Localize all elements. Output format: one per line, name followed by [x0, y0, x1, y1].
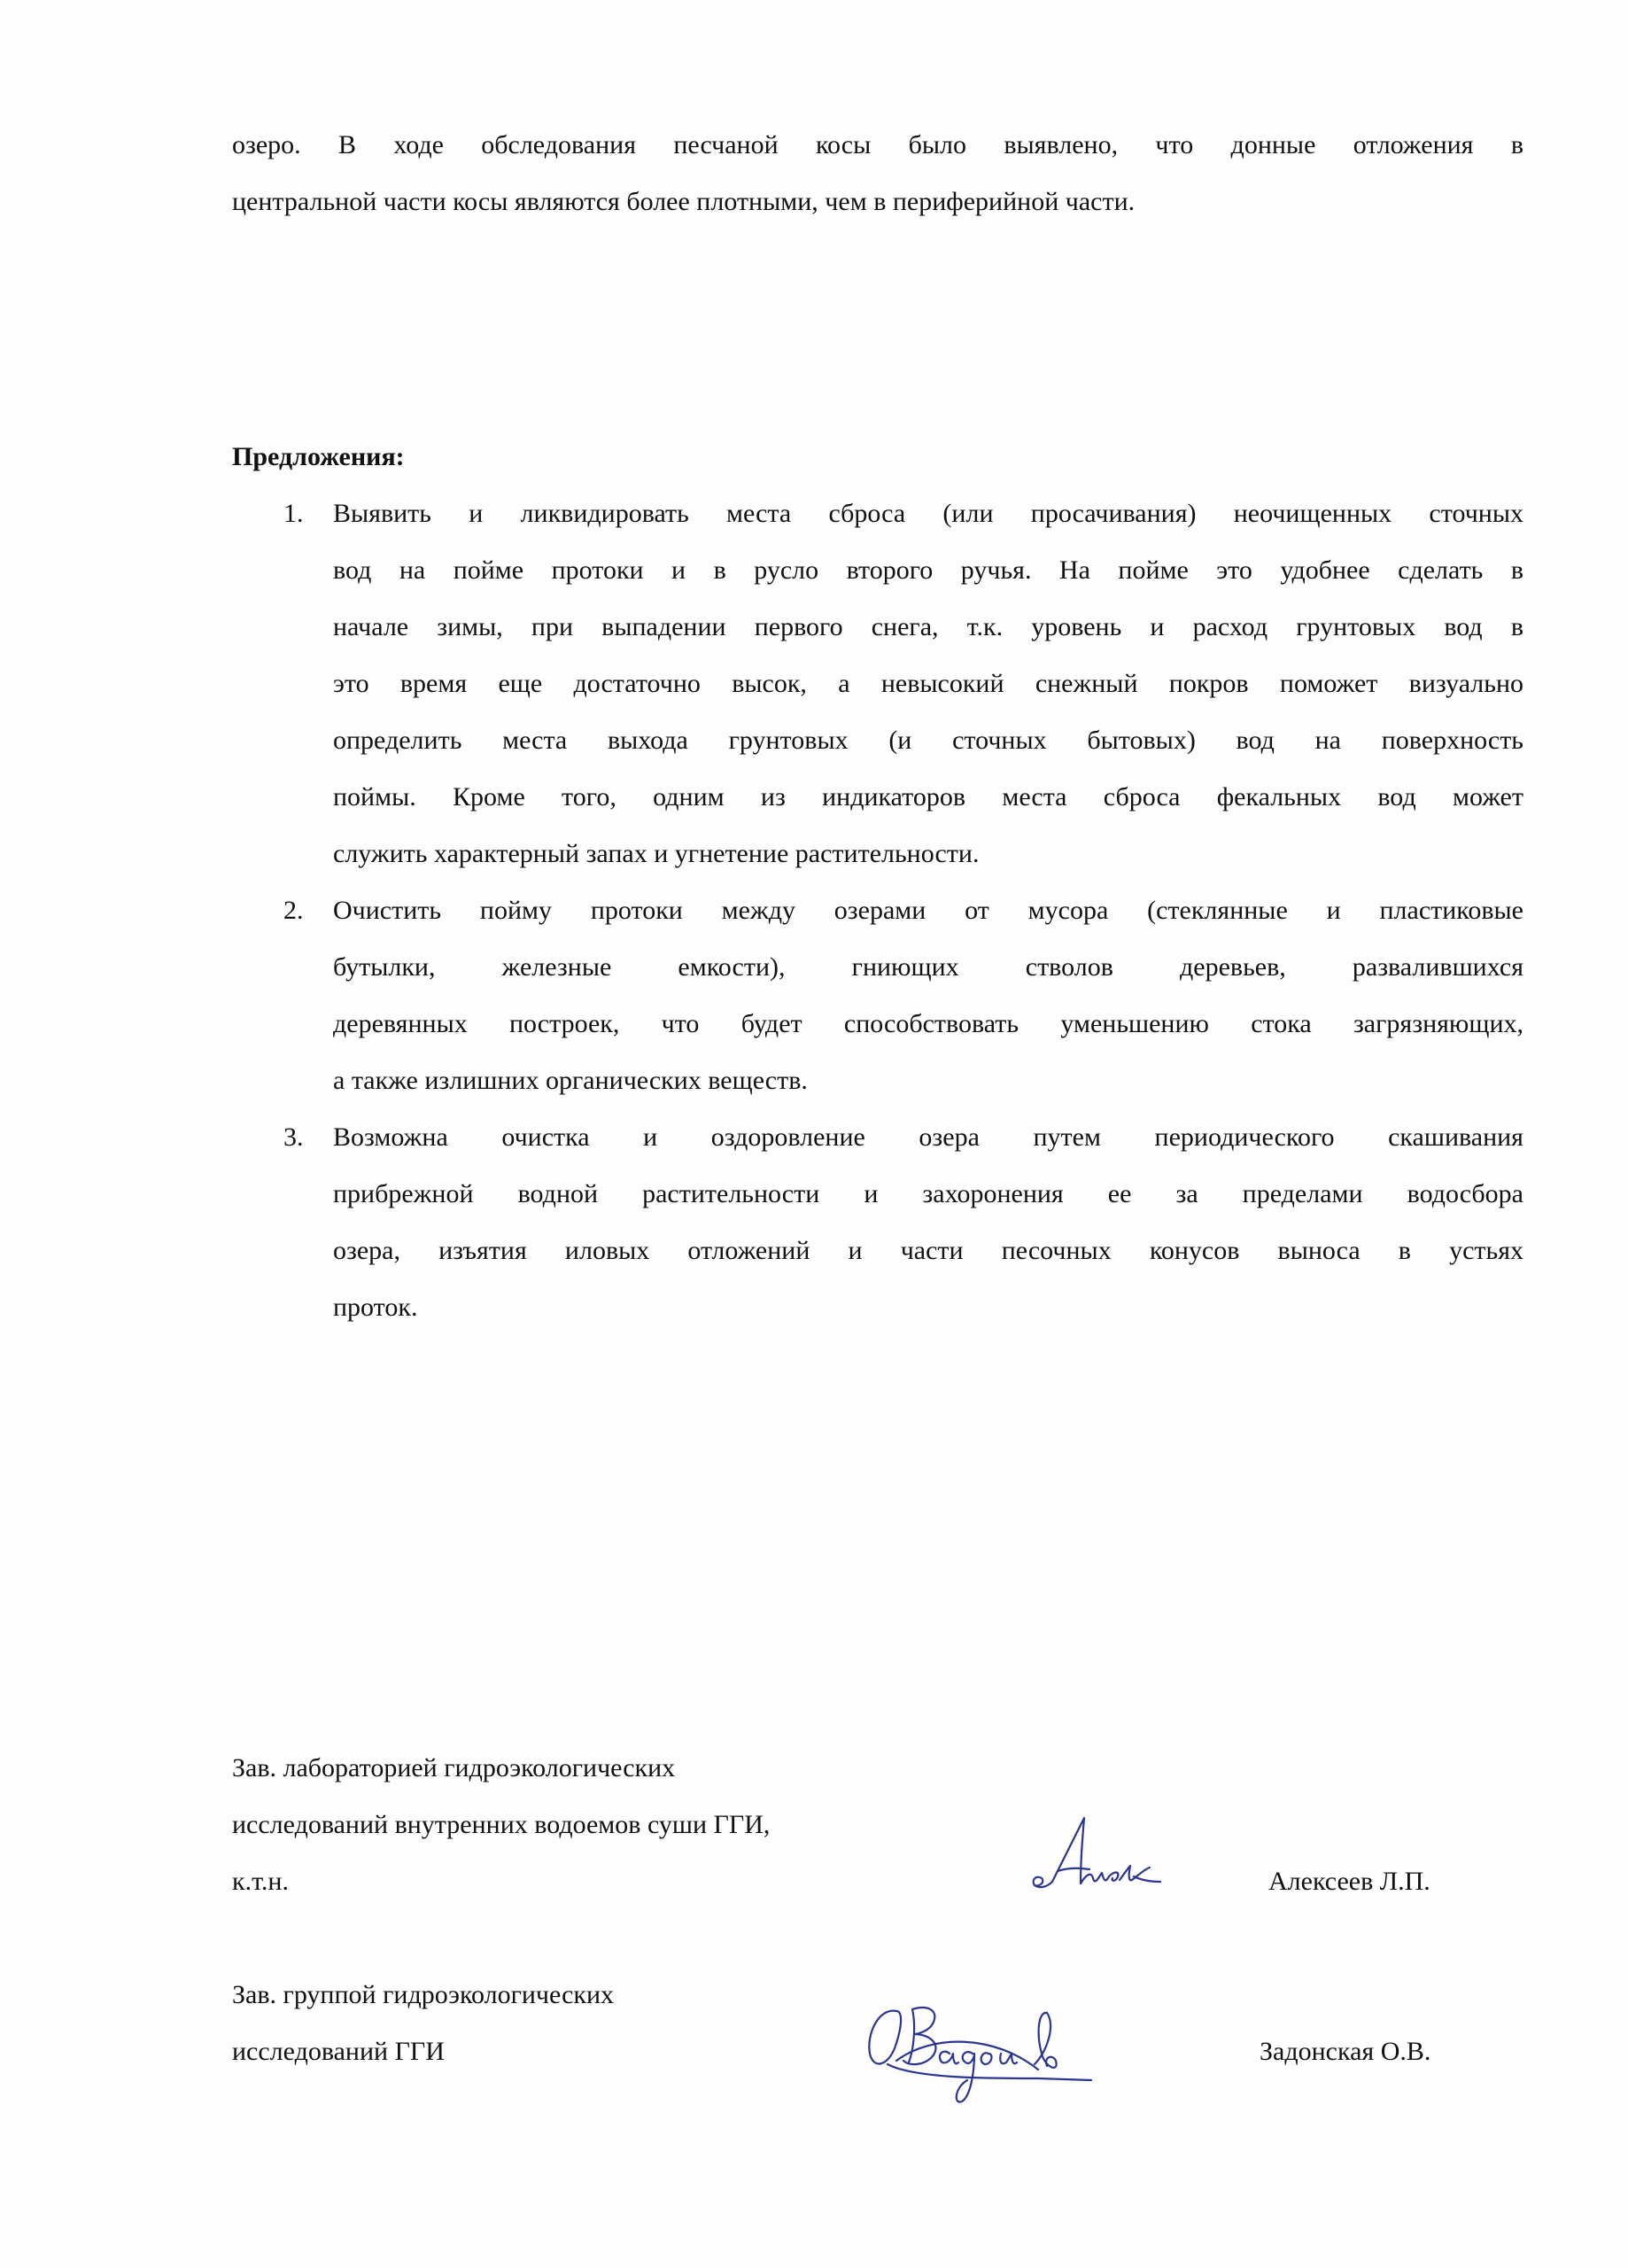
- signatory-block: Зав. группой гидроэкологических исследов…: [232, 1967, 1525, 2080]
- list-item-number: 3.: [283, 1109, 319, 1166]
- text-line: деревянных построек, что будет способств…: [333, 996, 1523, 1052]
- signatory-block: Зав. лабораторией гидроэкологических исс…: [232, 1740, 1525, 1910]
- text-line: вод на пойме протоки и в русло второго р…: [333, 542, 1523, 599]
- list-item: 3. Возможна очистка и оздоровление озера…: [232, 1109, 1523, 1336]
- text-line: озеро. В ходе обследования песчаной косы…: [232, 117, 1523, 174]
- list-item: 2. Очистить пойму протоки между озерами …: [232, 882, 1523, 1109]
- text-line: центральной части косы являются более пл…: [232, 174, 1523, 230]
- list-item-text: Выявить и ликвидировать места сброса (ил…: [333, 485, 1523, 882]
- document-page: озеро. В ходе обследования песчаной косы…: [0, 0, 1628, 2268]
- text-line: озера, изъятия иловых отложений и части …: [333, 1223, 1523, 1279]
- text-line: прибрежной водной растительности и захор…: [333, 1166, 1523, 1223]
- list-item-number: 2.: [283, 882, 319, 939]
- text-line: а также излишних органических веществ.: [333, 1052, 1523, 1109]
- proposals-list: 1. Выявить и ликвидировать места сброса …: [232, 485, 1523, 1336]
- signatory-name: Алексеев Л.П.: [1268, 1853, 1430, 1910]
- intro-paragraph: озеро. В ходе обследования песчаной косы…: [232, 117, 1523, 230]
- list-item-text: Очистить пойму протоки между озерами от …: [333, 882, 1523, 1109]
- handwritten-signature-icon: [861, 1999, 1144, 2114]
- text-line: Выявить и ликвидировать места сброса (ил…: [333, 485, 1523, 542]
- handwritten-signature-icon: [1027, 1804, 1187, 1901]
- text-line: поймы. Кроме того, одним из индикаторов …: [333, 769, 1523, 826]
- text-line: это время еще достаточно высок, а невысо…: [333, 656, 1523, 712]
- signatory-title-line: Зав. лабораторией гидроэкологических: [232, 1740, 1525, 1797]
- list-item: 1. Выявить и ликвидировать места сброса …: [232, 485, 1523, 882]
- signatory-title-line: исследований внутренних водоемов суши ГГ…: [232, 1797, 1525, 1853]
- text-line: определить места выхода грунтовых (и сто…: [333, 712, 1523, 769]
- text-line: служить характерный запах и угнетение ра…: [333, 826, 1523, 882]
- signatory-name: Задонская О.В.: [1260, 2023, 1430, 2080]
- list-item-text: Возможна очистка и оздоровление озера пу…: [333, 1109, 1523, 1336]
- text-line: бутылки, железные емкости), гниющих ство…: [333, 939, 1523, 996]
- text-line: начале зимы, при выпадении первого снега…: [333, 599, 1523, 656]
- proposals-heading: Предложения:: [232, 429, 405, 485]
- text-line: проток.: [333, 1279, 1523, 1336]
- list-item-number: 1.: [283, 485, 319, 542]
- text-line: Очистить пойму протоки между озерами от …: [333, 882, 1523, 939]
- text-line: Возможна очистка и оздоровление озера пу…: [333, 1109, 1523, 1166]
